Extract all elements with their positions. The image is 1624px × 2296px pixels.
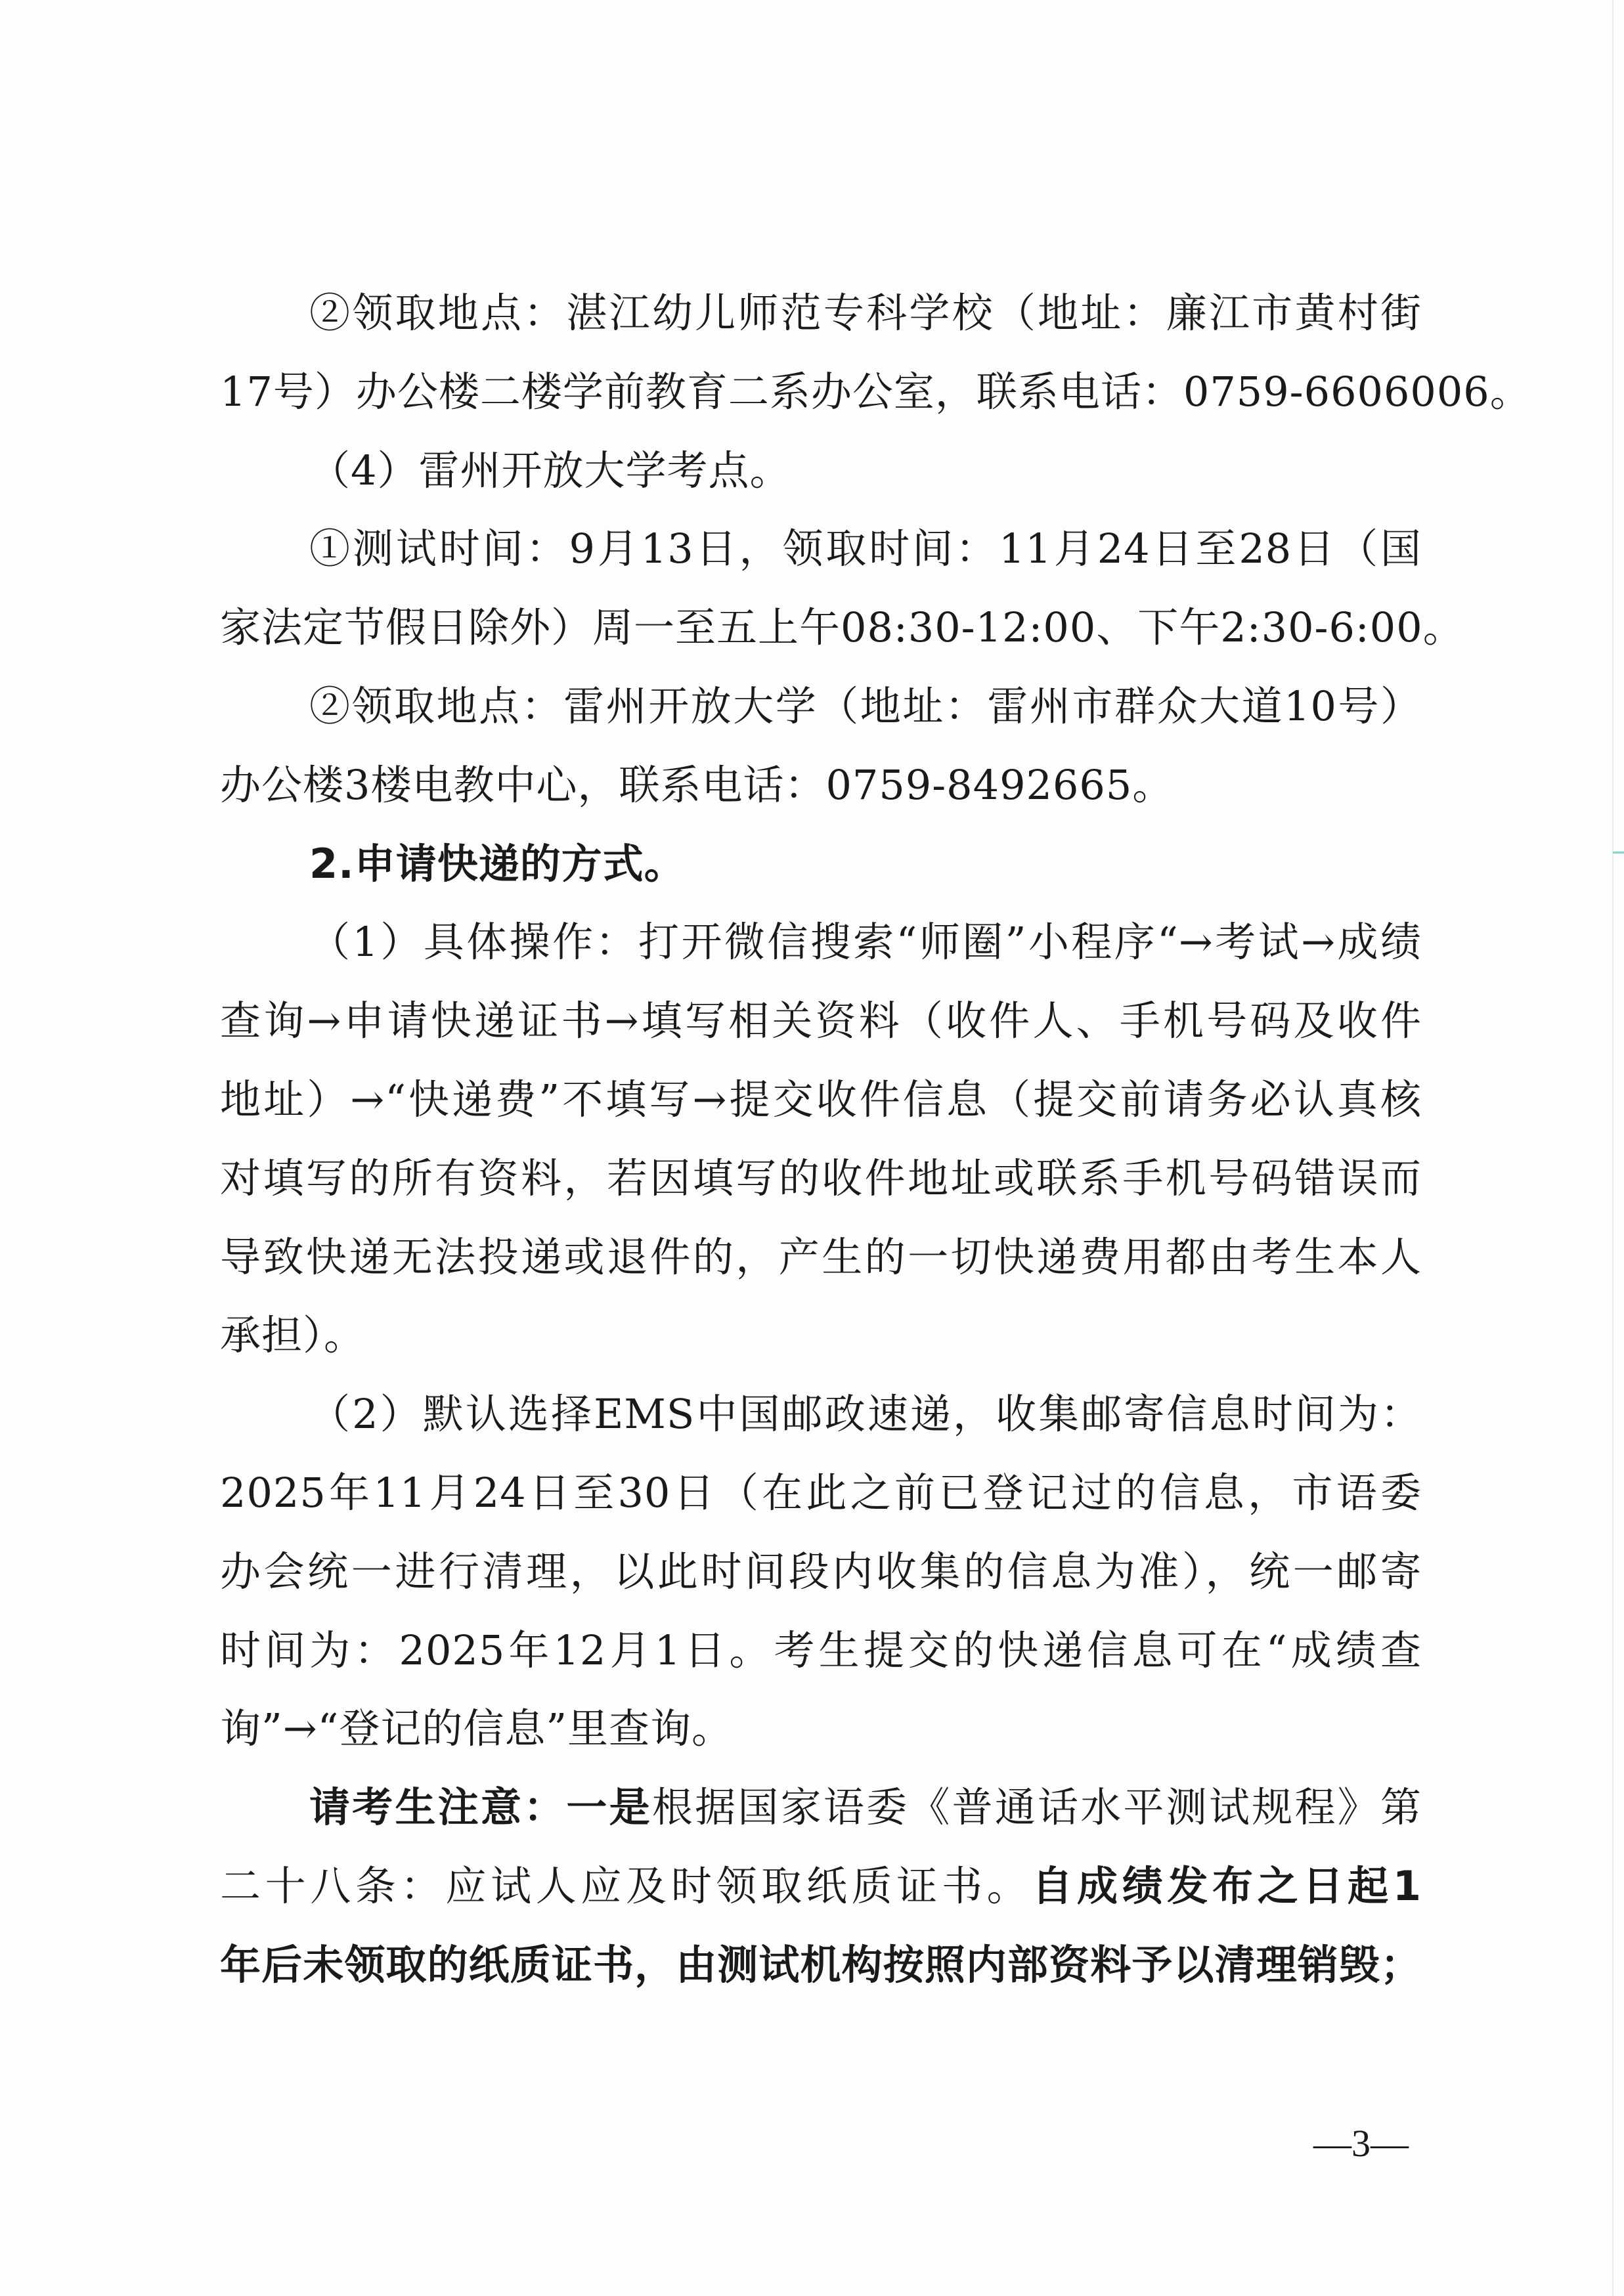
paragraph-express-ems: （2）默认选择EMS中国邮政速递，收集邮寄信息时间为： 2025年11月24日至… [220,1375,1422,1768]
document-body: ②领取地点：湛江幼儿师范专科学校（地址：廉江市黄村街 17号）办公楼二楼学前教育… [220,274,1422,2004]
text-line: 家法定节假日除外）周一至五上午08:30-12:00、下午2:30-6:00。 [220,588,1422,667]
text-line: 地址）→“快递费”不填写→提交收件信息（提交前请务必认真核 [220,1060,1422,1139]
notice-label: 请考生注意：一是 [309,1783,652,1831]
paragraph-express-steps: （1）具体操作：打开微信搜索“师圈”小程序“→考试→成绩 查询→申请快递证书→填… [220,903,1422,1375]
notice-text: 根据国家语委《普通话水平测试规程》第 [652,1783,1422,1831]
text-line: 17号）办公楼二楼学前教育二系办公室，联系电话：0759-6606006。 [220,353,1422,431]
paragraph-leizhou-time: ①测试时间：9月13日，领取时间：11月24日至28日（国 家法定节假日除外）周… [220,509,1422,667]
notice-emphasis: 年后未领取的纸质证书，由测试机构按照内部资料予以清理销毁； [220,1941,1422,1989]
text-line: 2.申请快递的方式。 [220,825,1422,903]
text-line: 二十八条：应试人应及时领取纸质证书。自成绩发布之日起1 [220,1847,1422,1926]
text-line: （1）具体操作：打开微信搜索“师圈”小程序“→考试→成绩 [220,903,1422,982]
text-line: 导致快递无法投递或退件的，产生的一切快递费用都由考生本人 [220,1218,1422,1297]
notice-emphasis: 自成绩发布之日起1 [1032,1862,1422,1910]
notice-text: 二十八条：应试人应及时领取纸质证书。 [220,1862,1032,1910]
scan-edge-mark [1613,852,1624,854]
text-line: （2）默认选择EMS中国邮政速递，收集邮寄信息时间为： [220,1375,1422,1454]
text-line: 查询→申请快递证书→填写相关资料（收件人、手机号码及收件 [220,982,1422,1060]
paragraph-notice: 请考生注意：一是根据国家语委《普通话水平测试规程》第 二十八条：应试人应及时领取… [220,1768,1422,2004]
text-line: 请考生注意：一是根据国家语委《普通话水平测试规程》第 [220,1768,1422,1847]
text-line: ②领取地点：湛江幼儿师范专科学校（地址：廉江市黄村街 [220,274,1422,353]
text-line: 询”→“登记的信息”里查询。 [220,1689,1422,1768]
text-line: ①测试时间：9月13日，领取时间：11月24日至28日（国 [220,509,1422,588]
text-line: 年后未领取的纸质证书，由测试机构按照内部资料予以清理销毁； [220,1926,1422,2004]
page-number: —3— [1313,2117,1409,2170]
scan-edge-line [1612,0,1613,2296]
section-heading-leizhou: （4）雷州开放大学考点。 [220,431,1422,510]
text-line: ②领取地点：雷州开放大学（地址：雷州市群众大道10号） [220,667,1422,746]
text-line: 时间为：2025年12月1日。考生提交的快递信息可在“成绩查 [220,1611,1422,1690]
text-line: 对填写的所有资料，若因填写的收件地址或联系手机号码错误而 [220,1139,1422,1218]
section-heading-express: 2.申请快递的方式。 [220,825,1422,903]
text-line: 2025年11月24日至30日（在此之前已登记过的信息，市语委 [220,1454,1422,1532]
paragraph-leizhou-location: ②领取地点：雷州开放大学（地址：雷州市群众大道10号） 办公楼3楼电教中心，联系… [220,667,1422,825]
text-line: （4）雷州开放大学考点。 [220,431,1422,510]
text-line: 办公楼3楼电教中心，联系电话：0759-8492665。 [220,746,1422,825]
text-line: 办会统一进行清理，以此时间段内收集的信息为准），统一邮寄 [220,1532,1422,1611]
text-line: 承担）。 [220,1296,1422,1375]
paragraph-lianjiang-location: ②领取地点：湛江幼儿师范专科学校（地址：廉江市黄村街 17号）办公楼二楼学前教育… [220,274,1422,431]
